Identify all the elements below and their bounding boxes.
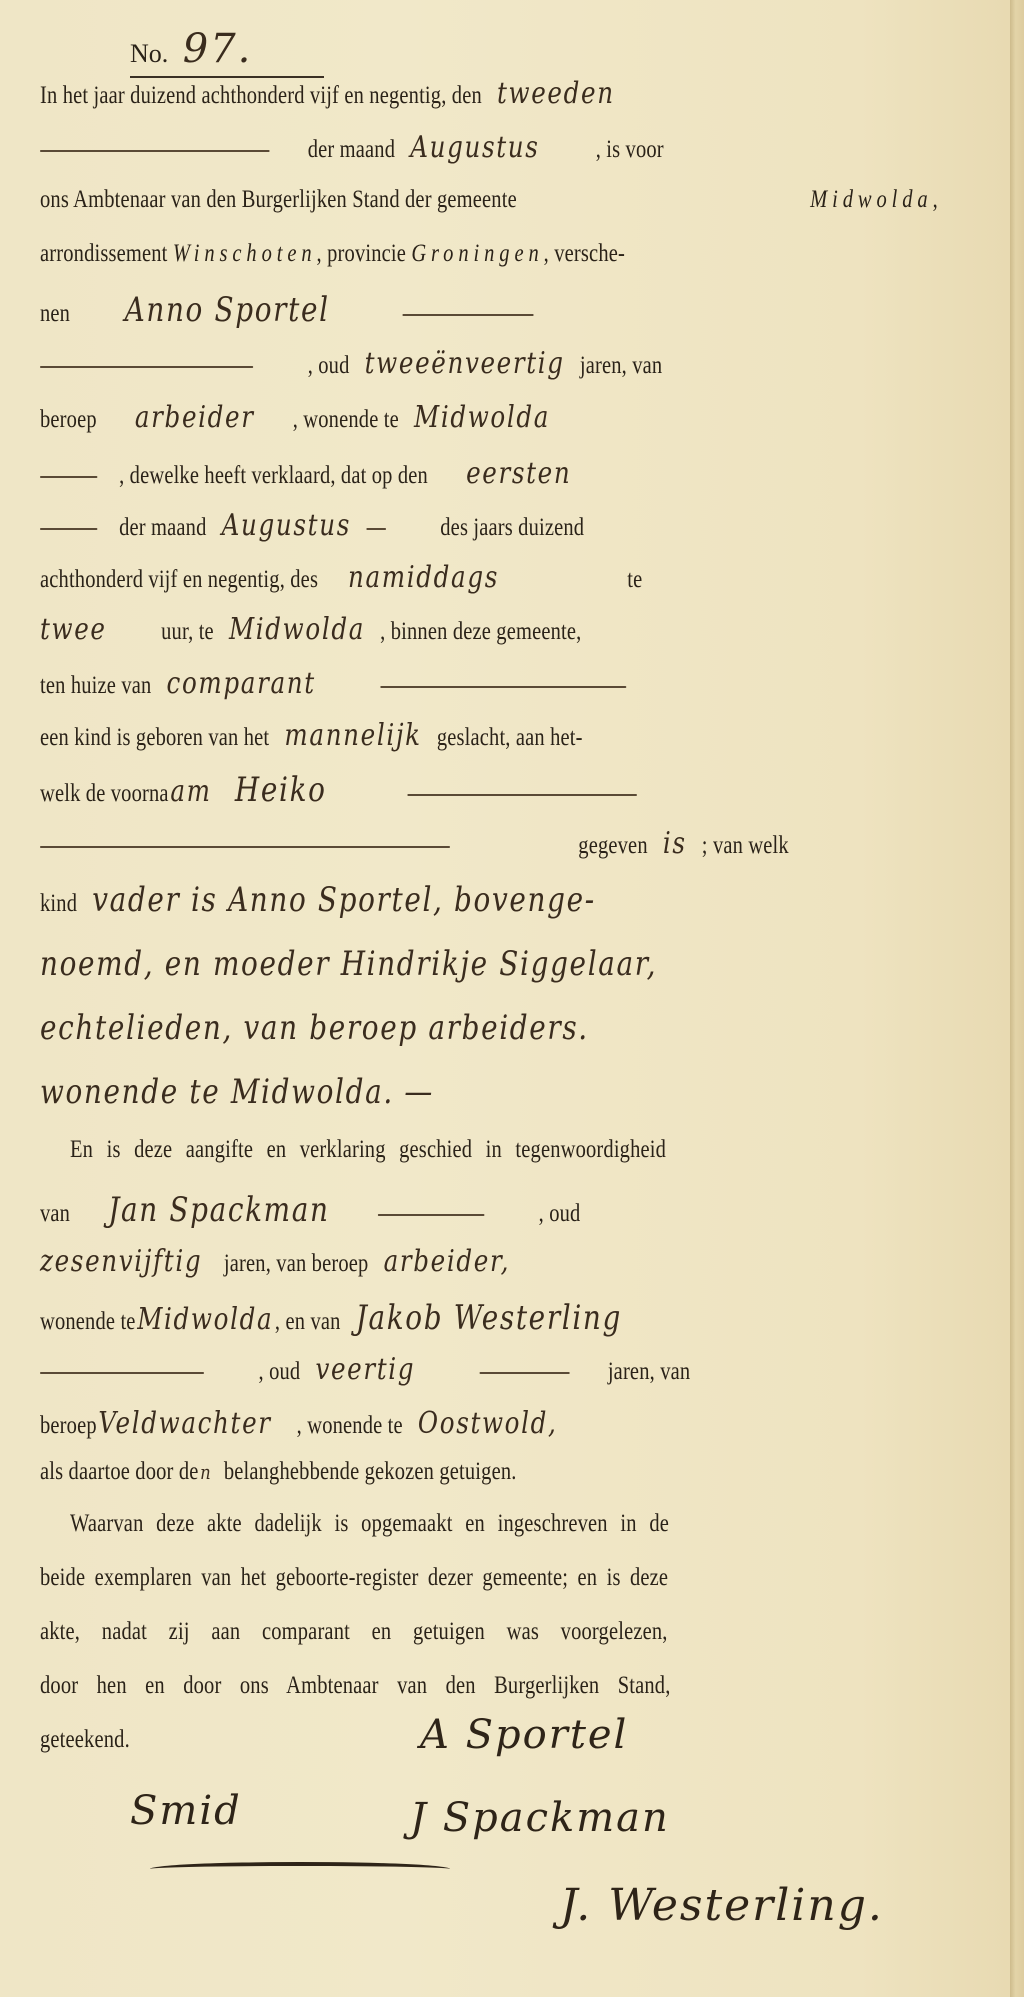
printed-text: uur, te bbox=[161, 618, 214, 645]
district: Winschoten bbox=[173, 240, 317, 267]
printed-text: En is deze aangifte en verklaring geschi… bbox=[70, 1136, 666, 1180]
signature-father: A Sportel bbox=[420, 1712, 628, 1758]
text-line: arrondissement Winschoten, provincie Gro… bbox=[40, 240, 938, 284]
printed-text: nen bbox=[40, 300, 70, 327]
handwritten-parents: wonende te Midwolda. — bbox=[40, 1072, 444, 1112]
handwritten-residence: Midwolda bbox=[404, 400, 560, 435]
municipality: Midwolda bbox=[810, 186, 933, 213]
text-line: , dewelke heeft verklaard, dat op den ee… bbox=[40, 456, 778, 500]
printed-text: door hen en door ons Ambtenaar van den B… bbox=[40, 1672, 671, 1699]
printed-text: jaren, van bbox=[580, 352, 662, 379]
printed-text: , binnen deze gemeente, bbox=[380, 618, 581, 645]
text-line: achthonderd vijf en negentig, des namidd… bbox=[40, 560, 778, 604]
text-line: door hen en door ons Ambtenaar van den B… bbox=[40, 1672, 778, 1716]
signature-official: Smid bbox=[130, 1788, 242, 1834]
printed-text: geslacht, aan het- bbox=[437, 724, 583, 751]
handwritten-witness1-name: Jan Spackman bbox=[75, 1190, 339, 1230]
printed-text: kind bbox=[40, 890, 77, 917]
printed-text: een kind is geboren van het bbox=[40, 724, 269, 751]
text-line: een kind is geboren van het mannelijk ge… bbox=[40, 718, 778, 762]
handwritten-birth-place: Midwolda bbox=[219, 612, 375, 647]
text-line: geteekend. bbox=[40, 1726, 778, 1770]
text-line: beide exemplaren van het geboorte-regist… bbox=[40, 1564, 778, 1608]
signature-witness2: J. Westerling. bbox=[560, 1880, 884, 1931]
printed-text: ons Ambtenaar van den Burgerlijken Stand… bbox=[40, 186, 517, 230]
printed-text: , wonende te bbox=[293, 406, 399, 433]
printed-text: , en van bbox=[275, 1308, 341, 1335]
printed-text: achthonderd vijf en negentig, des bbox=[40, 566, 318, 593]
text-line: In het jaar duizend achthonderd vijf en … bbox=[40, 76, 778, 120]
text-line: akte, nadat zij aan comparant en getuige… bbox=[40, 1618, 778, 1662]
text-line: En is deze aangifte en verklaring geschi… bbox=[70, 1136, 939, 1180]
handwritten-witness2-age: veertig bbox=[306, 1352, 425, 1387]
handwritten-birth-day: eersten bbox=[433, 456, 581, 491]
printed-text: ten huize van bbox=[40, 672, 151, 699]
fill-dash bbox=[40, 1372, 204, 1374]
fill-dash bbox=[366, 528, 386, 530]
printed-text: wonende te bbox=[40, 1308, 136, 1335]
fill-dash bbox=[40, 476, 97, 478]
handwritten-day: tweeden bbox=[487, 76, 624, 111]
fill-dash bbox=[40, 366, 253, 368]
printed-text: belanghebbende gekozen getuigen. bbox=[224, 1458, 517, 1485]
handwritten-hour: twee bbox=[40, 612, 156, 647]
handwritten-witness2-residence: Oostwold, bbox=[408, 1406, 567, 1441]
printed-text: beroep bbox=[40, 406, 97, 433]
printed-text: , provincie bbox=[317, 240, 406, 267]
printed-text: , oud bbox=[258, 352, 349, 379]
handwritten-parents: echtelieden, van beroep arbeiders. bbox=[40, 1008, 599, 1048]
text-line: der maand Augustus , is voor bbox=[40, 130, 778, 174]
text-line: Waarvan deze akte dadelijk is opgemaakt … bbox=[70, 1510, 808, 1554]
printed-text: , is voor bbox=[555, 136, 664, 163]
printed-text: beroep bbox=[40, 1412, 97, 1439]
handwritten-witness1-occupation: arbeider, bbox=[374, 1244, 520, 1279]
text-line: van Jan Spackman , oud bbox=[40, 1190, 778, 1234]
signature-flourish bbox=[150, 1862, 450, 1876]
handwritten-time-of-day: namiddags bbox=[323, 560, 622, 595]
printed-text: Waarvan deze akte dadelijk is opgemaakt … bbox=[70, 1510, 669, 1537]
printed-text: , dewelke heeft verklaard, dat op den bbox=[103, 462, 428, 489]
printed-text: , oud bbox=[539, 1200, 581, 1227]
text-line: ons Ambtenaar van den Burgerlijken Stand… bbox=[40, 186, 938, 230]
printed-text: geteekend. bbox=[40, 1726, 130, 1753]
text-line: wonende teMidwolda, en van Jakob Westerl… bbox=[40, 1298, 778, 1342]
printed-text: arrondissement bbox=[40, 240, 168, 267]
record-number-label: No. bbox=[130, 39, 168, 68]
handwritten-verb: is bbox=[653, 826, 696, 861]
printed-text: In het jaar duizend achthonderd vijf en … bbox=[40, 82, 482, 109]
printed-text: van bbox=[40, 1200, 70, 1227]
fill-dash bbox=[407, 794, 637, 796]
printed-text: welk de voorna bbox=[40, 780, 169, 807]
record-number: No. 97. bbox=[130, 26, 324, 78]
handwritten-declarant-name: Anno Sportel bbox=[75, 290, 339, 330]
printed-text: jaren, van bbox=[608, 1358, 690, 1385]
handwritten-birth-month: Augustus bbox=[212, 508, 361, 543]
printed-text: des jaars duizend bbox=[440, 514, 584, 541]
handwritten-parents: noemd, en moeder Hindrikje Siggelaar, bbox=[40, 944, 667, 984]
text-line: welk de voornaam Heiko bbox=[40, 770, 778, 814]
text-line: zesenvijftig jaren, van beroep arbeider, bbox=[40, 1244, 778, 1288]
fill-dash bbox=[40, 150, 270, 152]
printed-text: te bbox=[627, 566, 642, 593]
text-line: als daartoe door denbelanghebbende gekoz… bbox=[40, 1458, 778, 1502]
printed-text: , wonende te bbox=[297, 1412, 403, 1439]
text-line: wonende te Midwolda. — bbox=[40, 1072, 778, 1116]
printed-text: akte, nadat zij aan comparant en getuige… bbox=[40, 1618, 668, 1645]
handwritten-witness1-age: zesenvijftig bbox=[40, 1244, 219, 1279]
text-line: kind vader is Anno Sportel, bovenge- bbox=[40, 880, 778, 924]
text-line: nen Anno Sportel bbox=[40, 290, 778, 334]
handwritten-suffix: n bbox=[199, 1460, 224, 1484]
text-line: , oud veertig jaren, van bbox=[40, 1352, 778, 1396]
handwritten-witness2-name: Jakob Westerling bbox=[346, 1298, 632, 1338]
handwritten-witness2-occupation: Veldwachter bbox=[97, 1406, 292, 1441]
printed-text: ; van welk bbox=[702, 832, 789, 859]
text-line: twee uur, te Midwolda , binnen deze geme… bbox=[40, 612, 778, 656]
printed-text: , versche- bbox=[544, 240, 625, 267]
fill-dash bbox=[40, 846, 450, 848]
printed-text: der maand bbox=[275, 136, 395, 163]
text-line: beroepVeldwachter , wonende te Oostwold, bbox=[40, 1406, 778, 1450]
handwritten-age: tweeënveertig bbox=[355, 346, 575, 381]
printed-text: als daartoe door de bbox=[40, 1458, 199, 1485]
printed-text: der maand bbox=[103, 514, 207, 541]
province: Groningen bbox=[411, 240, 543, 267]
printed-text: , oud bbox=[209, 1358, 300, 1385]
printed-text: jaren, van beroep bbox=[224, 1250, 369, 1277]
page-edge bbox=[1010, 0, 1024, 1997]
handwritten-sex: mannelijk bbox=[275, 718, 432, 753]
handwritten-child-name: Heiko bbox=[225, 770, 336, 810]
text-line: noemd, en moeder Hindrikje Siggelaar, bbox=[40, 944, 778, 988]
text-line: echtelieden, van beroep arbeiders. bbox=[40, 1008, 778, 1052]
fill-dash bbox=[40, 528, 97, 530]
text-line: gegeven is ; van welk bbox=[40, 826, 778, 870]
fill-dash bbox=[480, 1372, 570, 1374]
text-line: beroep arbeider , wonende te Midwolda bbox=[40, 400, 778, 444]
handwritten-suffix: am bbox=[169, 774, 220, 809]
fill-dash bbox=[378, 1214, 485, 1216]
record-number-value: 97. bbox=[175, 26, 265, 72]
text-line: , oud tweeënveertig jaren, van bbox=[40, 346, 778, 390]
text-line: der maand Augustus des jaars duizend bbox=[40, 508, 778, 552]
printed-text: gegeven bbox=[455, 832, 647, 859]
printed-text: beide exemplaren van het geboorte-regist… bbox=[40, 1564, 668, 1591]
text-line: ten huize van comparant bbox=[40, 666, 778, 710]
handwritten-witness1-residence: Midwolda bbox=[136, 1302, 275, 1337]
handwritten-parents: vader is Anno Sportel, bovenge- bbox=[82, 880, 605, 920]
handwritten-month: Augustus bbox=[400, 130, 549, 165]
punctuation: , bbox=[933, 186, 938, 213]
fill-dash bbox=[402, 314, 533, 316]
fill-dash bbox=[380, 686, 626, 688]
signature-witness1: J Spackman bbox=[410, 1795, 670, 1841]
handwritten-house: comparant bbox=[157, 666, 326, 701]
handwritten-occupation: arbeider bbox=[102, 400, 287, 435]
